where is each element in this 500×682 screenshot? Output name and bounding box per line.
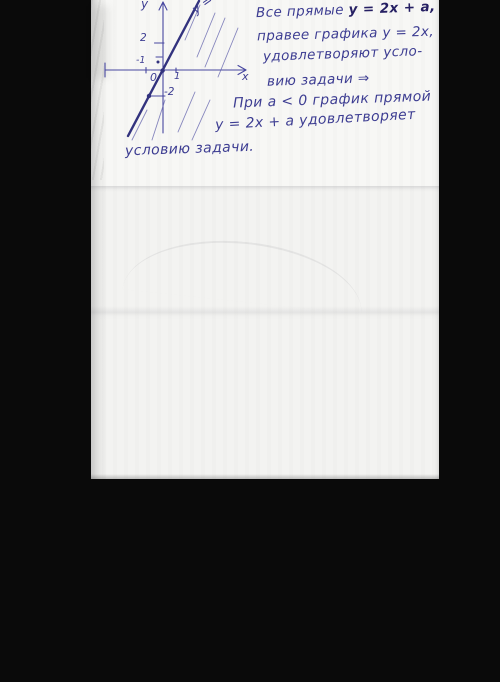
y-axis-label: y [141, 0, 148, 10]
origin-dot [160, 68, 164, 72]
paper-sheet: y x y = x² 2 -1 0 1 -2 Все прямые y = 2x… [91, 0, 439, 479]
paper-right-edge-shadow [435, 0, 439, 479]
tick-label-y2: 2 [140, 33, 147, 44]
tick-label-x1: 1 [174, 72, 180, 82]
hatch-line [205, 18, 225, 67]
tick-label-x-neg1: -1 [136, 56, 145, 66]
hatch-line [192, 100, 210, 140]
hatch-line [197, 13, 215, 57]
point-dot [157, 61, 160, 64]
overwritten-equation: y = 2x + a, [348, 0, 435, 18]
x-axis-label: x [242, 71, 249, 82]
tick-label-origin: 0 [150, 72, 157, 83]
lower-page-tint [91, 186, 439, 479]
point-dot [147, 94, 151, 98]
fold-crease-middle [91, 306, 439, 320]
tick-label-y-neg2: -2 [164, 87, 174, 98]
hatch-line [178, 92, 195, 132]
fold-crease-upper [91, 186, 439, 192]
paper-bottom-edge-shadow [91, 474, 439, 479]
note-line-1-text: Все прямые [256, 2, 349, 21]
scanned-page-photo: y x y = x² 2 -1 0 1 -2 Все прямые y = 2x… [0, 0, 500, 682]
